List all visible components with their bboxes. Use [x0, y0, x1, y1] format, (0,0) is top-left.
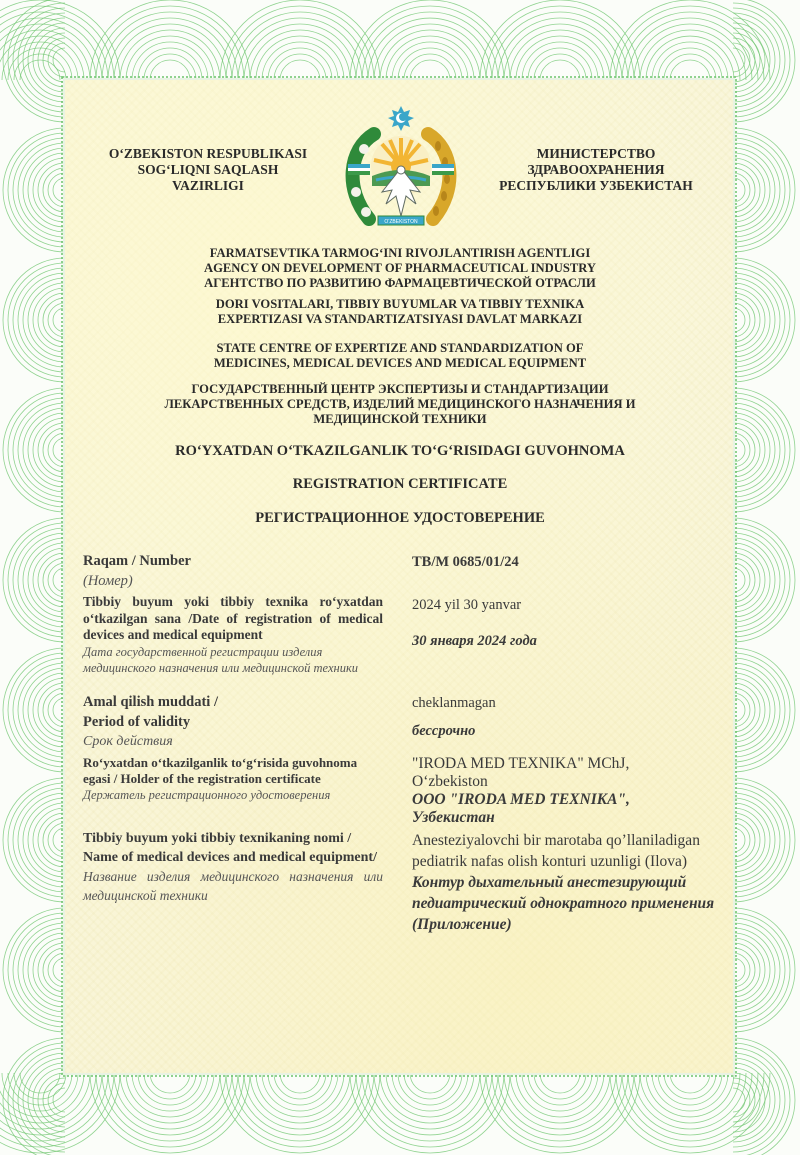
centre-en-line: MEDICINES, MEDICAL DEVICES AND MEDICAL E… — [100, 356, 700, 371]
holder-uz-country: O‘zbekiston — [412, 773, 732, 791]
centre-en-line: STATE CENTRE OF EXPERTIZE AND STANDARDIZ… — [100, 341, 700, 356]
centre-uz-line: EXPERTIZASI VA STANDARTIZATSIYASI DAVLAT… — [100, 312, 700, 327]
date-label: Tibbiy buyum yoki tibbiy texnika ro‘yxat… — [83, 594, 383, 676]
holder-label-ru: Держатель регистрационного удостоверения — [83, 787, 383, 803]
validity-label-uz: Amal qilish muddati / — [83, 692, 383, 712]
certificate-title-ru: РЕГИСТРАЦИОННОЕ УДОСТОВЕРЕНИЕ — [100, 510, 700, 527]
validity-value: cheklanmagan бессрочно — [412, 694, 732, 740]
holder-ru-name: ООО "IRODA MED TEXNIKA", — [412, 791, 732, 809]
centre-ru-line: ГОСУДАРСТВЕННЫЙ ЦЕНТР ЭКСПЕРТИЗЫ И СТАНД… — [100, 382, 700, 397]
validity-label-ru: Срок действия — [83, 732, 383, 752]
ministry-uz-line: SOG‘LIQNI SAQLASH — [88, 162, 328, 178]
centre-ru-line: МЕДИЦИНСКОЙ ТЕХНИКИ — [100, 412, 700, 427]
certificate-number: TB/M 0685/01/24 — [412, 553, 732, 571]
ministry-ru-line: ЗДРАВООХРАНЕНИЯ — [476, 162, 716, 178]
number-label-ru: (Номер) — [83, 571, 383, 591]
date-label-ru: Дата государственной регистрации изделия… — [83, 644, 383, 676]
agency-line: AGENCY ON DEVELOPMENT OF PHARMACEUTICAL … — [100, 261, 700, 276]
ministry-name-ru: МИНИСТЕРСТВО ЗДРАВООХРАНЕНИЯ РЕСПУБЛИКИ … — [476, 146, 716, 194]
device-name-ru: Контур дыхательный анестезирующий педиат… — [412, 872, 732, 935]
agency-line: FARMATSEVTIKA TARMOG‘INI RIVOJLANTIRISH … — [100, 246, 700, 261]
device-name-label-en: Name of medical devices and medical equi… — [83, 848, 383, 867]
holder-ru-country: Узбекистан — [412, 809, 732, 827]
centre-name-uz: DORI VOSITALARI, TIBBIY BUYUMLAR VA TIBB… — [100, 297, 700, 327]
certificate-title-uz: RO‘YXATDAN O‘TKAZILGANLIK TO‘G‘RISIDAGI … — [100, 443, 700, 460]
validity-uz: cheklanmagan — [412, 694, 732, 712]
device-name-label-ru: Название изделия медицинского назначения… — [83, 867, 383, 905]
agency-line: АГЕНТСТВО ПО РАЗВИТИЮ ФАРМАЦЕВТИЧЕСКОЙ О… — [100, 276, 700, 291]
registration-date-uz: 2024 yil 30 yanvar — [412, 596, 732, 614]
ministry-uz-line: O‘ZBEKISTON RESPUBLIKASI — [88, 146, 328, 162]
date-value: 2024 yil 30 yanvar 30 января 2024 года — [412, 596, 732, 650]
svg-text:O‘ZBEKISTON: O‘ZBEKISTON — [384, 219, 418, 225]
ministry-ru-line: РЕСПУБЛИКИ УЗБЕКИСТАН — [476, 178, 716, 194]
ministry-ru-line: МИНИСТЕРСТВО — [476, 146, 716, 162]
centre-name-en: STATE CENTRE OF EXPERTIZE AND STANDARDIZ… — [100, 341, 700, 371]
device-name-label-uz: Tibbiy buyum yoki tibbiy texnikaning nom… — [83, 829, 383, 848]
device-name-uz: Anesteziyalovchi bir marotaba qo’llanila… — [412, 830, 732, 872]
centre-name-ru: ГОСУДАРСТВЕННЫЙ ЦЕНТР ЭКСПЕРТИЗЫ И СТАНД… — [100, 382, 700, 427]
holder-label: Ro‘yxatdan o‘tkazilganlik to‘g‘risida gu… — [83, 755, 383, 803]
state-emblem-icon: O‘ZBEKISTON — [334, 104, 468, 234]
validity-label-en: Period of validity — [83, 712, 383, 732]
holder-value: "IRODA MED TEXNIKA" MChJ, O‘zbekiston ОО… — [412, 755, 732, 827]
validity-ru: бессрочно — [412, 722, 732, 740]
number-value: TB/M 0685/01/24 — [412, 553, 732, 571]
number-label-text: Raqam / Number — [83, 551, 383, 571]
agency-name: FARMATSEVTIKA TARMOG‘INI RIVOJLANTIRISH … — [100, 246, 700, 291]
ministry-name-uz: O‘ZBEKISTON RESPUBLIKASI SOG‘LIQNI SAQLA… — [88, 146, 328, 194]
holder-uz-name: "IRODA MED TEXNIKA" MChJ, — [412, 755, 732, 773]
device-name-value: Anesteziyalovchi bir marotaba qo’llanila… — [412, 830, 732, 935]
holder-label-text: Ro‘yxatdan o‘tkazilganlik to‘g‘risida gu… — [83, 755, 383, 787]
validity-label: Amal qilish muddati / Period of validity… — [83, 692, 383, 752]
registration-date-ru: 30 января 2024 года — [412, 632, 732, 650]
centre-ru-line: ЛЕКАРСТВЕННЫХ СРЕДСТВ, ИЗДЕЛИЙ МЕДИЦИНСК… — [100, 397, 700, 412]
device-name-label: Tibbiy buyum yoki tibbiy texnikaning nom… — [83, 829, 383, 905]
date-label-text: Tibbiy buyum yoki tibbiy texnika ro‘yxat… — [83, 594, 383, 644]
ministry-uz-line: VAZIRLIGI — [88, 178, 328, 194]
certificate-title-en: REGISTRATION CERTIFICATE — [100, 476, 700, 493]
number-label: Raqam / Number (Номер) — [83, 551, 383, 591]
centre-uz-line: DORI VOSITALARI, TIBBIY BUYUMLAR VA TIBB… — [100, 297, 700, 312]
